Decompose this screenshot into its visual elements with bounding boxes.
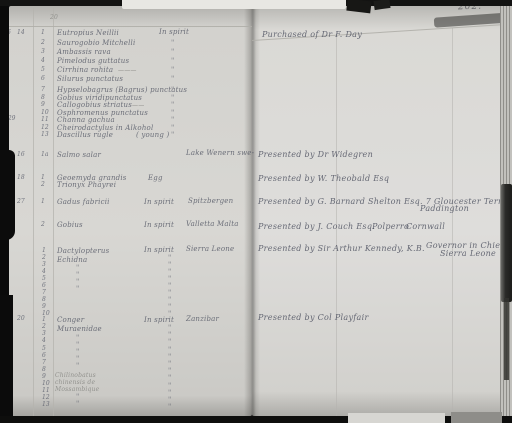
species-name: Pimelodus guttatus xyxy=(57,58,129,65)
locality: Sierra Leone xyxy=(186,246,234,253)
margin-day: 20 xyxy=(17,316,25,322)
paper-slip-top xyxy=(122,0,346,9)
species-name: Cirrhina rohita xyxy=(57,67,113,74)
ditto-mark: " xyxy=(171,58,174,65)
species-name: Gobius xyxy=(57,222,83,229)
register-scan: 614123456789101112131295161a518125271212… xyxy=(0,0,512,423)
locality: Valletta Malta xyxy=(186,221,239,228)
pencil-note: Mossambique xyxy=(55,387,99,393)
binder-clip-left xyxy=(0,150,15,240)
donor: Presented by J. Couch Esq. xyxy=(258,223,375,231)
book-spine-edge-lower xyxy=(0,295,13,423)
ditto-mark: " xyxy=(171,132,174,139)
species-name: Saurogobio Mitchelli xyxy=(57,40,135,47)
entry-number: 13 xyxy=(41,132,49,138)
species-name: Conger xyxy=(57,317,84,324)
condition: In spirit xyxy=(144,317,174,324)
species-note: ( young ) xyxy=(136,132,169,139)
entry-number: 6 xyxy=(41,76,45,82)
ditto-mark: " xyxy=(171,87,174,94)
ditto-mark: " xyxy=(171,117,174,124)
pencil-folio: 20 xyxy=(50,15,58,21)
margin-day: 18 xyxy=(17,175,25,181)
locality: Zanzibar xyxy=(186,316,219,323)
condition: In spirit xyxy=(144,199,174,206)
pencil-note: ——— xyxy=(118,68,137,74)
entry-number: 1 xyxy=(41,30,45,36)
ruled-column-line xyxy=(53,6,54,416)
ditto-mark: " xyxy=(171,49,174,56)
species-name: Echidna xyxy=(57,257,87,264)
entry-number: 4 xyxy=(41,58,45,64)
ditto-mark: " xyxy=(76,286,79,293)
donor-address: Polperro xyxy=(372,223,409,231)
species-name: Ambassis rava xyxy=(57,49,111,56)
ruled-column-line xyxy=(33,6,34,416)
locality: Lake Wenern swe- xyxy=(186,150,254,157)
entry-number: 11 xyxy=(41,117,49,123)
species-name: Salmo salar xyxy=(57,152,101,159)
entry-number: 1a xyxy=(41,152,48,158)
donor: Presented by G. Barnard Shelton Esq. 7 G… xyxy=(258,198,512,206)
acquisition-note: Purchased of Dr F. Day xyxy=(262,31,362,39)
binder-clip-right xyxy=(501,184,512,302)
ditto-mark: " xyxy=(171,67,174,74)
species-name: Dactylopterus xyxy=(57,248,109,255)
ditto-mark: " xyxy=(76,363,79,370)
ruled-column-line xyxy=(452,28,453,416)
species-name: Eutropius Neillii xyxy=(57,30,119,37)
paper-slip-bottom xyxy=(348,413,445,423)
margin-day: 27 xyxy=(17,199,25,205)
book-gutter-shadow xyxy=(244,6,260,416)
entry-number: 7 xyxy=(41,87,45,93)
donor-address: Cornwall xyxy=(406,223,445,231)
ditto-mark: " xyxy=(168,404,171,411)
margin-day: 16 xyxy=(17,152,25,158)
entry-number: 2 xyxy=(41,222,45,228)
entry-number: 2 xyxy=(41,40,45,46)
condition: In spirit xyxy=(159,29,189,36)
entry-number: 5 xyxy=(41,67,45,73)
species-name: Gadus fabricii xyxy=(57,199,110,206)
header-rule-left xyxy=(9,26,252,27)
species-name: Hypselobagrus (Bagrus) punctatus xyxy=(57,87,187,94)
entry-number: 2 xyxy=(41,182,45,188)
species-name: Trionyx Phayrei xyxy=(57,182,116,189)
entry-number: 4 xyxy=(42,338,46,344)
ditto-mark: " xyxy=(171,102,174,109)
ditto-mark: " xyxy=(171,40,174,47)
donor: Presented by W. Theobald Esq xyxy=(258,175,389,183)
donor: Presented by Sir Arthur Kennedy, K.B. xyxy=(258,245,425,253)
condition: Egg xyxy=(148,175,163,182)
condition: In spirit xyxy=(144,247,174,254)
species-name: Muraenidae xyxy=(57,326,102,333)
species-name: Dascillus rugle xyxy=(57,132,113,139)
margin-day: 14 xyxy=(17,30,25,36)
donor: Presented by Col Playfair xyxy=(258,314,369,322)
donor-title: Sierra Leone xyxy=(440,250,496,258)
donor-address: Paddington xyxy=(420,205,469,213)
donor: Presented by Dr Widegren xyxy=(258,151,373,159)
entry-number: 3 xyxy=(41,49,45,55)
ditto-mark: " xyxy=(171,76,174,83)
entry-number: 1 xyxy=(41,199,45,205)
species-name: Silurus punctatus xyxy=(57,76,123,83)
species-name: Channa gachua xyxy=(57,117,115,124)
species-name: Callogobius striatus xyxy=(57,102,132,109)
condition: In spirit xyxy=(144,222,174,229)
paper-slip-bottom-gray xyxy=(451,412,502,423)
binder-clip-shadow xyxy=(504,298,509,380)
entry-number: 13 xyxy=(42,402,50,408)
entry-number: 9 xyxy=(41,102,45,108)
pencil-note: —— xyxy=(132,103,144,109)
locality: Spitzbergen xyxy=(188,198,233,205)
ditto-mark: " xyxy=(76,401,79,408)
